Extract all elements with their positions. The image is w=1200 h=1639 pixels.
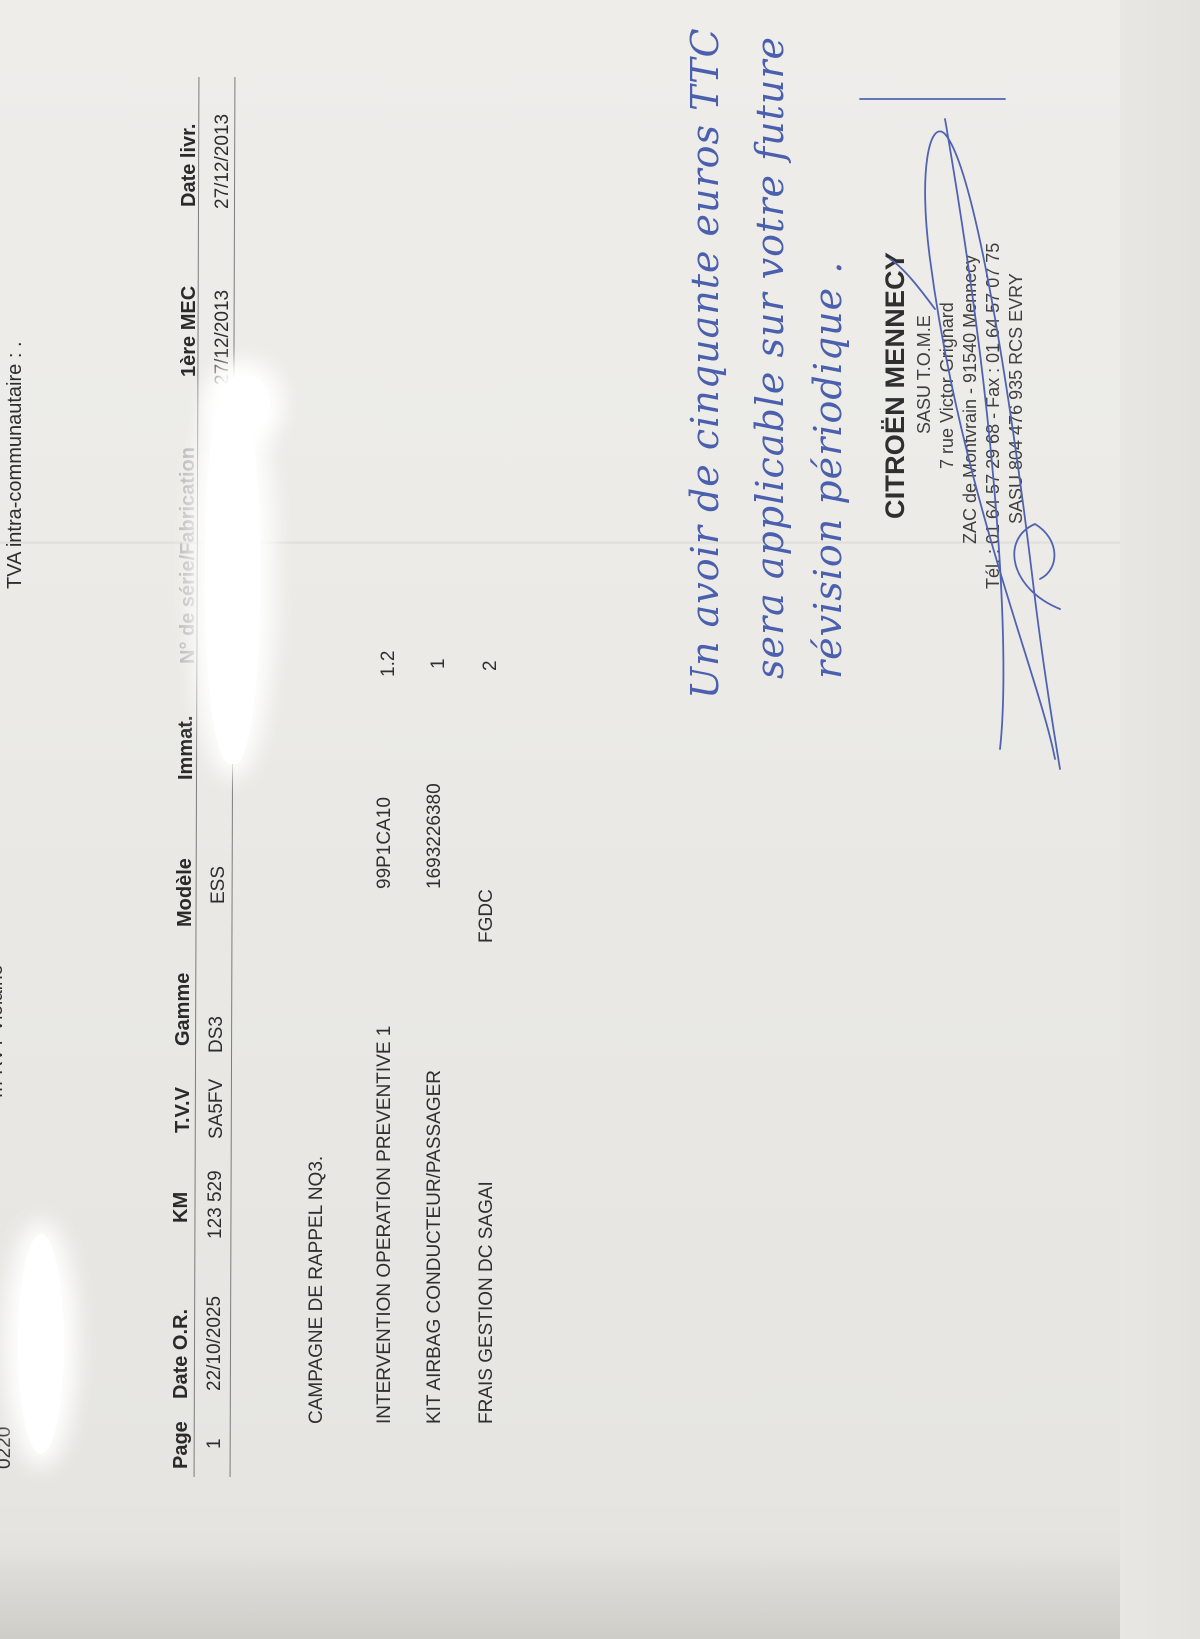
- invoice-document: 0220 … RVT Violaine TVA intra-communauta…: [0, 0, 1200, 1639]
- signature-icon: [0, 0, 1200, 1639]
